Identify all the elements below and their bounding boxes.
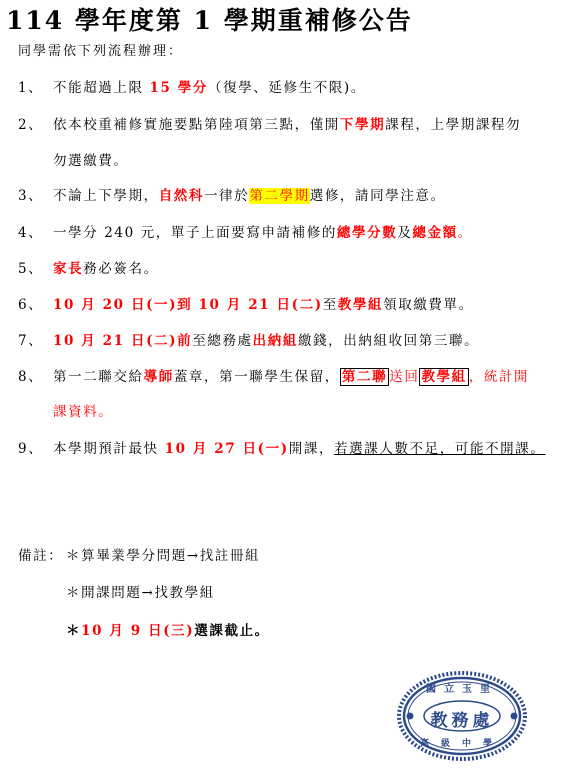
- seal-top-text: 國立玉里: [424, 680, 500, 695]
- intro-text: 同學需依下列流程辦理：: [18, 42, 183, 62]
- date-range: 10 月 20 日(一)到 10 月 21 日(二): [53, 297, 323, 313]
- deadline-date: 10 月 9 日(三): [81, 623, 194, 639]
- official-seal-stamp: 國立玉里 教務處 高級中學: [396, 670, 528, 762]
- item-number: 1、: [18, 77, 52, 99]
- boxed-second-copy: 第二聯: [340, 368, 389, 386]
- page-title: 114 學年度第 1 學期重補修公告: [6, 5, 413, 37]
- boxed-academic-section: 教學組: [419, 368, 468, 386]
- highlighted-second-semester: 第二學期: [249, 188, 309, 204]
- note-line-3: ＊10 月 9 日(三)選課截止。: [66, 620, 270, 642]
- credit-limit: 15 學分: [150, 80, 209, 96]
- seal-bottom-text: 高級中學: [418, 736, 506, 749]
- note-line-1: ＊算畢業學分問題→找註冊組: [66, 545, 260, 567]
- underlined-warning: 若選課人數不足，可能不開課。: [334, 441, 545, 457]
- note-line-2: ＊開課問題→找教學組: [66, 582, 215, 604]
- seal-center-text: 教務處: [424, 706, 500, 731]
- payment-deadline: 10 月 21 日(二)前: [53, 333, 192, 349]
- notes-label: 備註：: [18, 545, 63, 567]
- second-semester-emphasis: 下學期: [340, 117, 385, 133]
- start-date: 10 月 27 日(一): [165, 441, 289, 457]
